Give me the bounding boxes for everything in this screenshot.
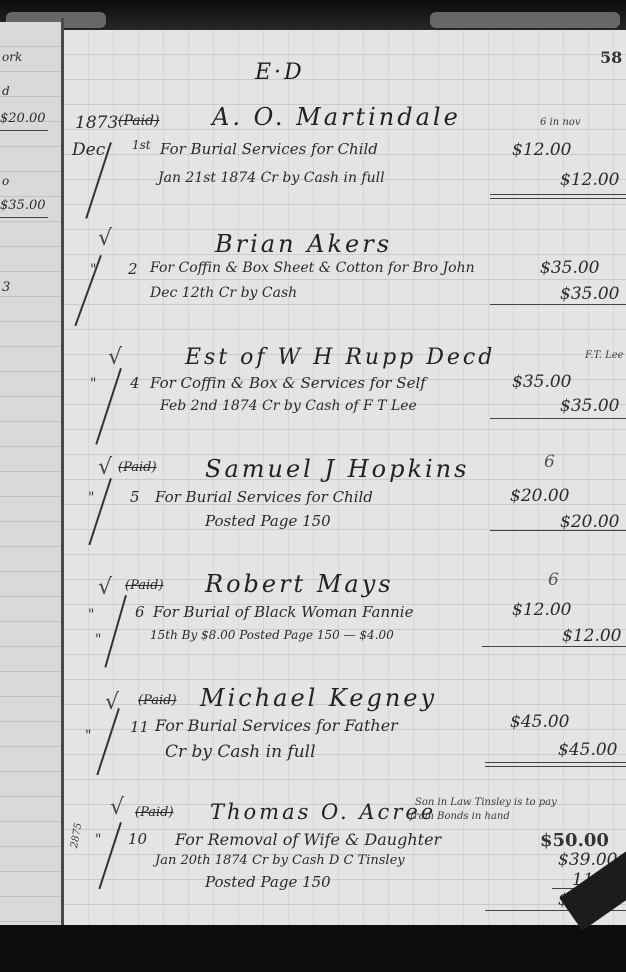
entry-charge-text: For Burial Services for Child: [155, 488, 373, 506]
entry-charge-text: For Burial of Black Woman Fannie: [153, 603, 413, 621]
ledger-page-scan: ork d $20.00 o $35.00 3 58 E·D 1873 (Pai…: [0, 0, 626, 972]
ditto-mark: ": [85, 728, 91, 744]
entry-month: Dec: [72, 140, 105, 160]
rule: [490, 194, 626, 195]
book-top-edge: [0, 0, 626, 34]
entry-day: 5: [130, 488, 140, 506]
rule: [490, 304, 626, 305]
entry-charge-amount: $35.00: [540, 258, 599, 278]
entry-charge-amount: $12.00: [512, 140, 571, 160]
entry-note: F.T. Lee: [585, 350, 624, 361]
entry-name: Thomas O. Acree: [210, 800, 436, 824]
entry-note: from Bonds in hand: [410, 811, 510, 822]
entry-posted-text: Posted Page 150: [205, 873, 331, 891]
entry-credit-text: Dec 12th Cr by Cash: [150, 285, 297, 301]
entry-credit-amount: $35.00: [560, 396, 619, 416]
entry-note: 6: [544, 452, 555, 472]
entry-credit-text: Feb 2nd 1874 Cr by Cash of F T Lee: [160, 398, 417, 414]
entry-note: 6 in nov: [540, 117, 580, 128]
check-mark: √: [98, 226, 112, 251]
header-initials: E·D: [255, 60, 305, 85]
entry-charge-amount: $50.00: [540, 830, 609, 851]
entry-credit-text: Jan 20th 1874 Cr by Cash D C Tinsley: [155, 853, 405, 868]
entry-name: Est of W H Rupp Decd: [185, 345, 495, 370]
ditto-mark: ": [88, 607, 94, 623]
entry-name: A. O. Martindale: [212, 103, 461, 131]
entry-credit-text: Jan 21st 1874 Cr by Cash in full: [158, 170, 385, 186]
entry-name: Robert Mays: [205, 570, 394, 598]
rule: [0, 130, 48, 131]
entry-charge-text: For Burial Services for Father: [155, 716, 398, 735]
entry-name: Samuel J Hopkins: [205, 455, 469, 483]
ditto-mark: ": [90, 376, 96, 392]
left-fragment: 3: [2, 280, 10, 295]
check-mark: √: [108, 345, 122, 370]
rule: [485, 766, 626, 767]
entry-day: 1st: [132, 138, 151, 152]
rule: [490, 530, 626, 531]
entry-charge-amount: $12.00: [512, 600, 571, 620]
rule: [490, 198, 626, 199]
ditto-mark: ": [88, 490, 94, 506]
entry-charge-amount: $35.00: [512, 372, 571, 392]
entry-charge-text: For Coffin & Box Sheet & Cotton for Bro …: [150, 260, 475, 276]
book-bottom-edge: [0, 925, 626, 972]
entry-charge-amount: $45.00: [510, 712, 569, 732]
struck-note: (Paid): [125, 578, 164, 593]
entry-day: 2: [128, 260, 138, 278]
left-fragment: o: [2, 174, 9, 188]
check-mark: √: [98, 455, 112, 480]
entry-note: Son in Law Tinsley is to pay: [415, 797, 557, 808]
ditto-mark: ": [95, 632, 101, 648]
entry-day: 4: [130, 374, 140, 392]
entry-charge-text: For Burial Services for Child: [160, 140, 378, 158]
entry-day: 6: [135, 603, 145, 621]
entry-day: 11: [130, 718, 149, 736]
entry-credit-amount: $35.00: [560, 284, 619, 304]
left-page-edge: ork d $20.00 o $35.00 3: [0, 22, 62, 972]
left-amount: $35.00: [0, 198, 46, 213]
entry-credit-text: 15th By $8.00 Posted Page 150 — $4.00: [150, 628, 394, 642]
year: 1873: [75, 113, 118, 133]
rule: [0, 217, 48, 218]
left-fragment: ork: [2, 50, 22, 64]
entry-name: Brian Akers: [215, 230, 392, 258]
entry-charge-amount: $20.00: [510, 486, 569, 506]
rule: [490, 418, 626, 419]
entry-charge-text: For Removal of Wife & Daughter: [175, 830, 441, 849]
entry-credit-amount: $12.00: [560, 170, 619, 190]
page-number: 58: [600, 48, 622, 67]
ditto-mark: ": [95, 832, 101, 848]
struck-note: (Paid): [118, 113, 160, 129]
rule: [482, 646, 626, 647]
entry-credit-amount: $12.00: [562, 626, 621, 646]
entry-credit-text: Cr by Cash in full: [165, 742, 316, 762]
check-mark: √: [98, 575, 112, 600]
entry-note: 6: [548, 570, 559, 590]
entry-charge-text: For Coffin & Box & Services for Self: [150, 374, 426, 392]
entry-credit-amount: $45.00: [558, 740, 617, 760]
struck-note: (Paid): [138, 693, 177, 708]
rule: [485, 762, 626, 763]
struck-note: (Paid): [135, 805, 174, 820]
entry-day: 10: [128, 830, 147, 848]
entry-name: Michael Kegney: [200, 684, 437, 712]
left-fragment: d: [2, 84, 10, 98]
struck-note: (Paid): [118, 460, 157, 475]
frayed-paper: [430, 12, 620, 28]
left-amount: $20.00: [0, 111, 46, 126]
entry-credit-text: Posted Page 150: [205, 512, 331, 530]
check-mark: √: [110, 795, 124, 820]
entry-credit-amount: $20.00: [560, 512, 619, 532]
